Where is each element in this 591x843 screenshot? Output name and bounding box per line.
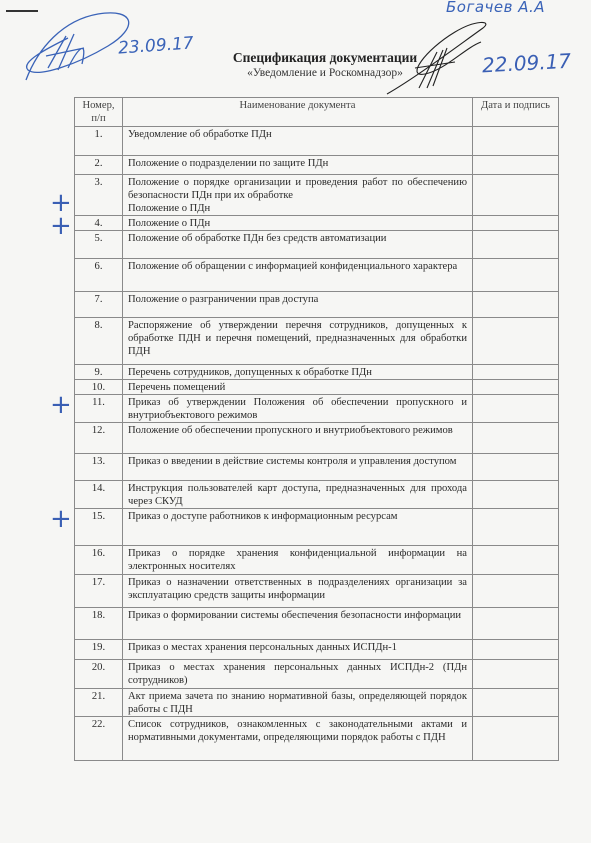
table-row: 13.Приказ о введении в действие системы … [75,454,559,481]
handwritten-plus-mark-icon: + [50,216,72,236]
row-document-name: Приказ о местах хранения персональных да… [123,660,473,689]
document-subtitle: «Уведомление и Роскомнадзор» [200,67,450,79]
row-document-name: Уведомление об обработке ПДн [123,127,473,156]
table-row: 5.Положение об обработке ПДн без средств… [75,231,559,259]
row-document-name: Приказ о доступе работников к информацио… [123,509,473,546]
row-number: 12. [75,423,123,454]
table-row: 18.Приказ о формировании системы обеспеч… [75,608,559,640]
row-number: 5. [75,231,123,259]
table-row: 10.Перечень помещений [75,380,559,395]
row-number: 21. [75,689,123,717]
header-number: Номер, п/п [75,98,123,127]
table-row: 19.Приказ о местах хранения персональных… [75,640,559,660]
table-header-row: Номер, п/п Наименование документа Дата и… [75,98,559,127]
table-row: 4.Положение о ПДн [75,216,559,231]
row-number: 14. [75,481,123,509]
handwritten-name: Богачев А.А [446,0,545,16]
row-date-signature[interactable] [473,216,559,231]
table-row: 9.Перечень сотрудников, допущенных к обр… [75,365,559,380]
row-number: 18. [75,608,123,640]
row-date-signature[interactable] [473,259,559,292]
handwritten-plus-mark-icon: + [50,395,72,415]
table-row: 21.Акт приема зачета по знанию нормативн… [75,689,559,717]
row-document-name: Положение об обеспечении пропускного и в… [123,423,473,454]
row-date-signature[interactable] [473,509,559,546]
row-date-signature[interactable] [473,292,559,318]
table-row: 17.Приказ о назначении ответственных в п… [75,575,559,608]
row-date-signature[interactable] [473,546,559,575]
row-document-name: Положение о порядке организации и провед… [123,175,473,216]
row-document-name: Приказ о местах хранения персональных да… [123,640,473,660]
row-document-name: Положение о ПДн [123,216,473,231]
row-number: 16. [75,546,123,575]
document-title: Спецификация документации [200,50,450,66]
table-row: 1.Уведомление об обработке ПДн [75,127,559,156]
table-row: 14.Инструкция пользователей карт доступа… [75,481,559,509]
row-date-signature[interactable] [473,395,559,423]
row-document-name: Положение о разграничении прав доступа [123,292,473,318]
row-document-name: Перечень помещений [123,380,473,395]
row-date-signature[interactable] [473,423,559,454]
row-date-signature[interactable] [473,660,559,689]
table-row: 11.Приказ об утверждении Положения об об… [75,395,559,423]
row-document-name: Положение о подразделении по защите ПДн [123,156,473,175]
row-number: 2. [75,156,123,175]
table-row: 7.Положение о разграничении прав доступа [75,292,559,318]
handwritten-plus-mark-icon: + [50,509,72,529]
row-number: 22. [75,717,123,761]
row-document-name: Положение об обработке ПДн без средств а… [123,231,473,259]
table-row: 8.Распоряжение об утверждении перечня со… [75,318,559,365]
row-document-name: Распоряжение об утверждении перечня сотр… [123,318,473,365]
row-number: 4. [75,216,123,231]
row-date-signature[interactable] [473,640,559,660]
header-date-sign: Дата и подпись [473,98,559,127]
row-date-signature[interactable] [473,608,559,640]
row-date-signature[interactable] [473,156,559,175]
table-row: 2.Положение о подразделении по защите ПД… [75,156,559,175]
row-number: 3. [75,175,123,216]
row-document-name: Перечень сотрудников, допущенных к обраб… [123,365,473,380]
table-row: 22.Список сотрудников, ознакомленных с з… [75,717,559,761]
handwritten-plus-mark-icon: + [50,193,72,213]
row-document-name: Список сотрудников, ознакомленных с зако… [123,717,473,761]
row-number: 7. [75,292,123,318]
row-date-signature[interactable] [473,717,559,761]
table-row: 6.Положение об обращении с информацией к… [75,259,559,292]
table-row: 20.Приказ о местах хранения персональных… [75,660,559,689]
table-row: 12.Положение об обеспечении пропускного … [75,423,559,454]
row-document-name: Приказ о формировании системы обеспечени… [123,608,473,640]
document-header: Спецификация документации «Уведомление и… [200,50,450,79]
row-document-name: Приказ об утверждении Положения об обесп… [123,395,473,423]
row-document-name: Акт приема зачета по знанию нормативной … [123,689,473,717]
table-row: 16.Приказ о порядке хранения конфиденциа… [75,546,559,575]
row-number: 17. [75,575,123,608]
handwritten-date-left: 23.09.17 [117,33,194,58]
row-number: 19. [75,640,123,660]
row-date-signature[interactable] [473,318,559,365]
row-date-signature[interactable] [473,380,559,395]
table-row: 15.Приказ о доступе работников к информа… [75,509,559,546]
row-date-signature[interactable] [473,231,559,259]
row-date-signature[interactable] [473,175,559,216]
row-number: 6. [75,259,123,292]
row-document-name: Приказ о назначении ответственных в подр… [123,575,473,608]
table-row: 3.Положение о порядке организации и пров… [75,175,559,216]
row-document-name: Приказ о введении в действие системы кон… [123,454,473,481]
header-name: Наименование документа [123,98,473,127]
row-date-signature[interactable] [473,454,559,481]
row-document-name: Положение об обращении с информацией кон… [123,259,473,292]
scan-corner-mark [6,10,38,12]
row-date-signature[interactable] [473,575,559,608]
row-number: 8. [75,318,123,365]
row-date-signature[interactable] [473,365,559,380]
row-document-name: Инструкция пользователей карт доступа, п… [123,481,473,509]
row-date-signature[interactable] [473,689,559,717]
specification-table: Номер, п/п Наименование документа Дата и… [74,97,559,761]
row-number: 11. [75,395,123,423]
row-number: 9. [75,365,123,380]
row-number: 1. [75,127,123,156]
row-number: 13. [75,454,123,481]
row-date-signature[interactable] [473,127,559,156]
row-date-signature[interactable] [473,481,559,509]
row-number: 15. [75,509,123,546]
row-number: 10. [75,380,123,395]
handwritten-date-right: 22.09.17 [481,49,571,78]
row-document-name: Приказ о порядке хранения конфиденциальн… [123,546,473,575]
row-number: 20. [75,660,123,689]
